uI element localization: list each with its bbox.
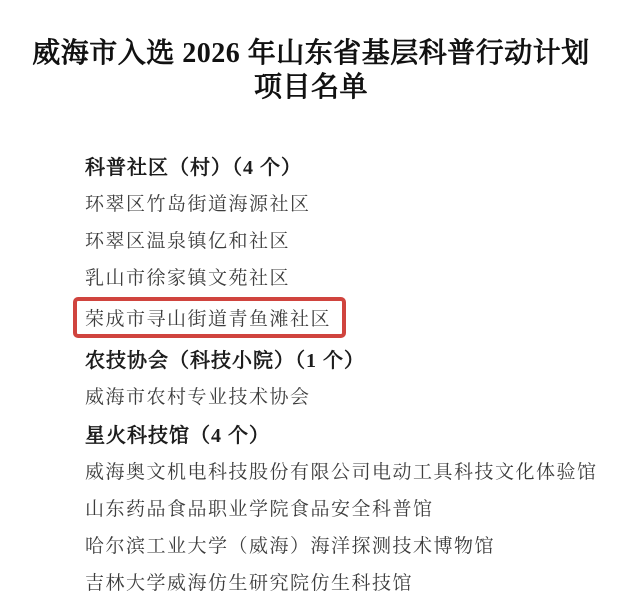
list-item: 山东药品食品职业学院食品安全科普馆	[85, 489, 602, 526]
section-heading-nongji-xiehui: 农技协会（科技小院）（1 个）	[85, 339, 602, 377]
section-heading-label: 星火科技馆（4 个）	[85, 419, 270, 448]
section-heading-label: 农技协会（科技小院）（1 个）	[85, 344, 365, 373]
list-item: 乳山市徐家镇文苑社区	[85, 258, 602, 295]
list-item: 环翠区温泉镇亿和社区	[85, 221, 602, 258]
list-item: 威海奥文机电科技股份有限公司电动工具科技文化体验馆	[85, 452, 602, 489]
red-highlight-box: 荣成市寻山街道青鱼滩社区	[73, 297, 346, 338]
title-line-2: 项目名单	[0, 71, 622, 105]
list-item-text: 环翠区温泉镇亿和社区	[85, 226, 290, 253]
section-heading-xinghuo-kejiguan: 星火科技馆（4 个）	[85, 414, 602, 452]
list-item-text: 吉林大学威海仿生研究院仿生科技馆	[85, 568, 413, 595]
list-item-highlighted: 荣成市寻山街道青鱼滩社区	[85, 295, 602, 339]
document-title: 威海市入选 2026 年山东省基层科普行动计划 项目名单	[0, 0, 622, 105]
list-item-text: 山东药品食品职业学院食品安全科普馆	[85, 494, 434, 521]
list-item-text: 哈尔滨工业大学（威海）海洋探测技术博物馆	[85, 531, 495, 558]
title-line-1: 威海市入选 2026 年山东省基层科普行动计划	[0, 37, 622, 71]
list-item-text: 荣成市寻山街道青鱼滩社区	[85, 309, 331, 330]
section-heading-label: 科普社区（村）（4 个）	[85, 151, 302, 180]
list-item: 吉林大学威海仿生研究院仿生科技馆	[85, 563, 602, 599]
list-item: 环翠区竹岛街道海源社区	[85, 184, 602, 221]
list-item-text: 威海奥文机电科技股份有限公司电动工具科技文化体验馆	[85, 457, 598, 484]
document-page: 威海市入选 2026 年山东省基层科普行动计划 项目名单 科普社区（村）（4 个…	[0, 0, 622, 599]
list-item: 哈尔滨工业大学（威海）海洋探测技术博物馆	[85, 526, 602, 563]
list-item-text: 环翠区竹岛街道海源社区	[85, 189, 311, 216]
list-item-text: 威海市农村专业技术协会	[85, 382, 311, 409]
list-item-text: 乳山市徐家镇文苑社区	[85, 263, 290, 290]
document-body: 科普社区（村）（4 个） 环翠区竹岛街道海源社区 环翠区温泉镇亿和社区 乳山市徐…	[0, 146, 622, 599]
section-heading-kepu-shequ: 科普社区（村）（4 个）	[85, 146, 602, 184]
list-item: 威海市农村专业技术协会	[85, 377, 602, 414]
